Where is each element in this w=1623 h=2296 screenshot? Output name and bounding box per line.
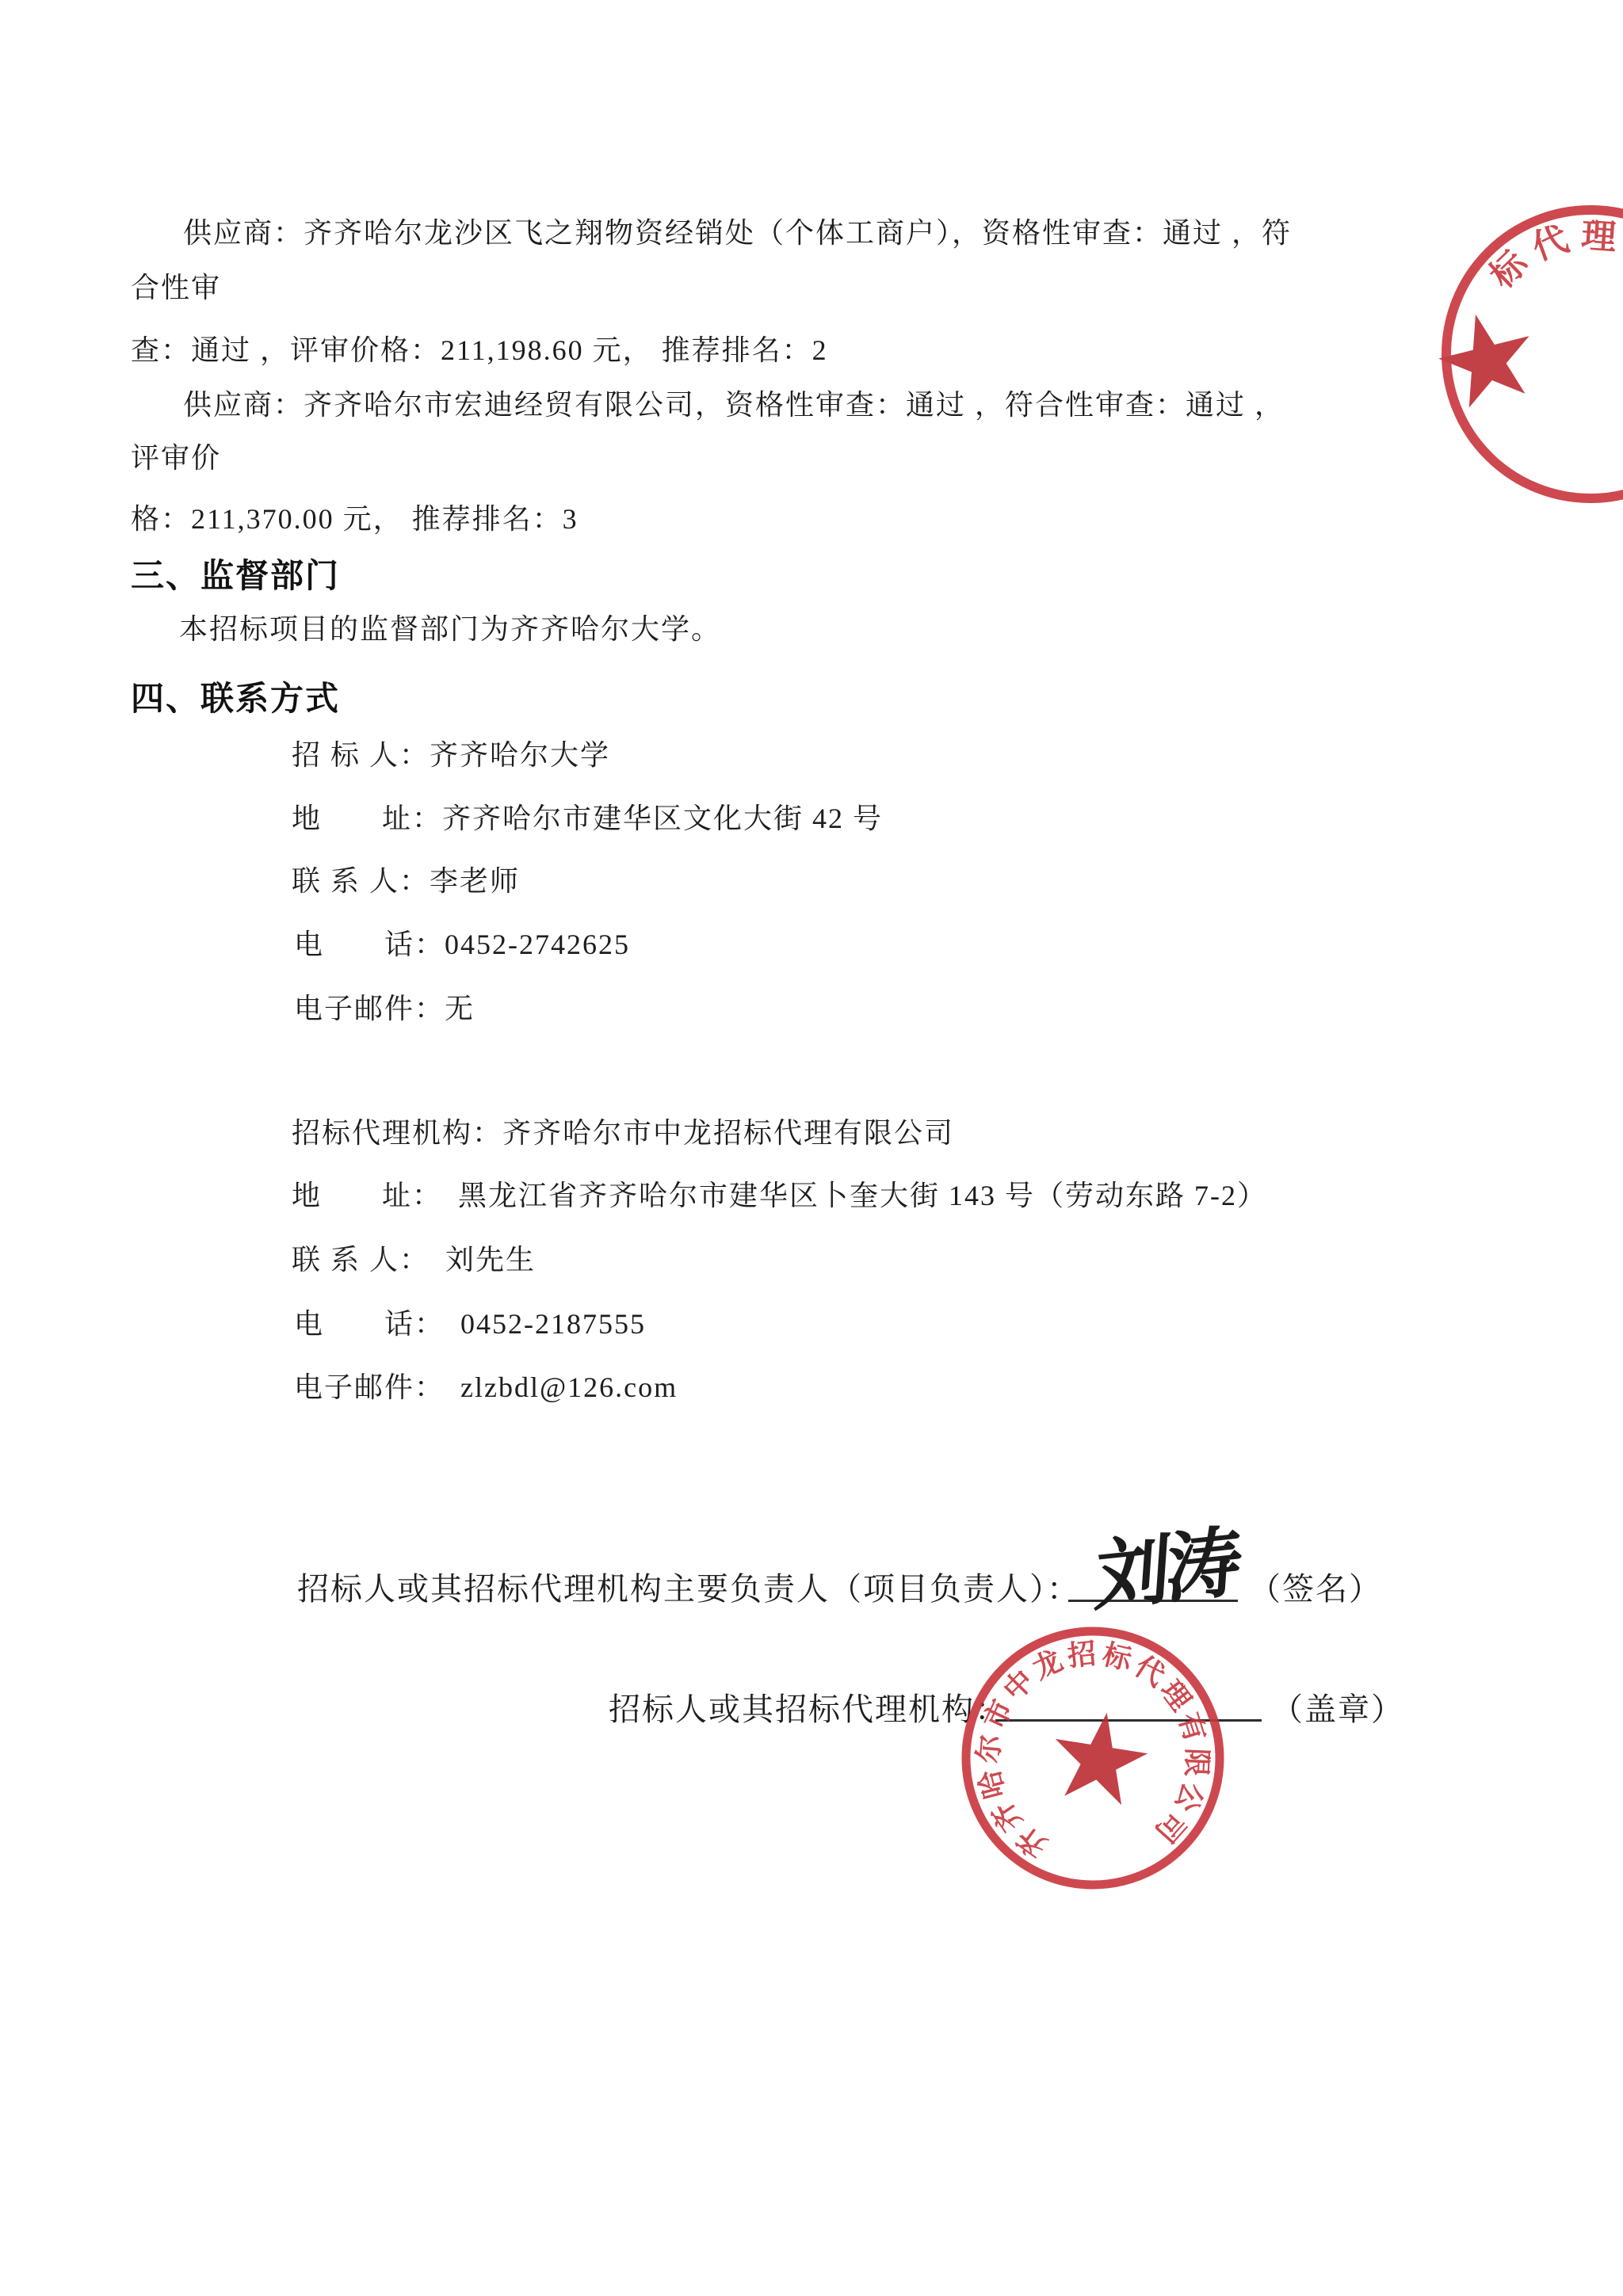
stamp-char: 哈 [973,1767,1011,1802]
agency-phone-line: 电 话： 0452-2187555 [294,1306,646,1342]
supplier2-result-line: 查：通过 ，评审价格：211,198.60 元， 推荐排名：2 [131,333,828,368]
stamp-char: 公 [1169,1778,1209,1816]
stamp-char: 尔 [972,1733,1006,1764]
org-seal-label: 招标人或其招标代理机构： [609,1684,1008,1730]
signature-suffix: （签名） [1249,1564,1382,1609]
stamp-star-icon [1047,1706,1153,1808]
tenderer-contact-line: 联 系 人：李老师 [292,864,520,899]
stamp-char: 有 [1173,1709,1212,1745]
org-seal-suffix: （盖章） [1271,1684,1404,1730]
stamp-char: 理 [1580,216,1617,257]
agency-contact-line: 联 系 人： 刘先生 [292,1242,536,1278]
supplier2-line2: 合性审 [131,270,221,306]
section-title-supervision: 三、监督部门 [131,550,340,597]
tenderer-name-line: 招 标 人：齐齐哈尔大学 [292,738,610,773]
section-title-contact: 四、联系方式 [131,673,340,720]
stamp-char: 代 [1527,219,1573,268]
tenderer-phone-line: 电 话：0452-2742625 [294,927,630,963]
stamp-char: 限 [1180,1748,1212,1778]
agency-name-line: 招标代理机构：齐齐哈尔市中龙招标代理有限公司 [292,1116,954,1151]
company-stamp-bottom: 齐 齐 哈 尔 市 中 龙 招 标 代 理 有 限 公 司 [950,1615,1235,1901]
responsible-person-label: 招标人或其招标代理机构主要负责人（项目负责人）： [297,1564,1080,1609]
agency-address-line: 地 址： 黑龙江省齐齐哈尔市建华区卜奎大街 143 号（劳动东路 7-2） [292,1178,1267,1214]
document-page: 供应商：齐齐哈尔龙沙区飞之翔物资经销处（个体工商户），资格性审查：通过 ，符 合… [0,0,1623,2296]
supervision-body: 本招标项目的监督部门为齐齐哈尔大学。 [179,612,721,647]
tenderer-address-line: 地 址：齐齐哈尔市建华区文化大街 42 号 [292,801,883,837]
supplier3-line1: 供应商：齐齐哈尔市宏迪经贸有限公司，资格性审查：通过 ，符合性审查：通过 ， [183,387,1285,423]
stamp-char: 招 [1066,1638,1098,1672]
tenderer-email-line: 电子邮件：无 [294,991,475,1027]
handwritten-signature: 刘涛 [1092,1501,1242,1627]
supplier3-result-line: 格：211,370.00 元， 推荐排名：3 [131,502,579,537]
supplier2-line1: 供应商：齐齐哈尔龙沙区飞之翔物资经销处（个体工商户），资格性审查：通过 ，符 [183,215,1292,251]
stamp-char: 标 [1100,1638,1136,1676]
company-stamp-top-right: 标 代 理 有 限 公 司 [1432,196,1623,513]
agency-email-line: 电子邮件： zlzbdl@126.com [294,1370,678,1405]
supplier3-line2: 评审价 [131,441,221,476]
